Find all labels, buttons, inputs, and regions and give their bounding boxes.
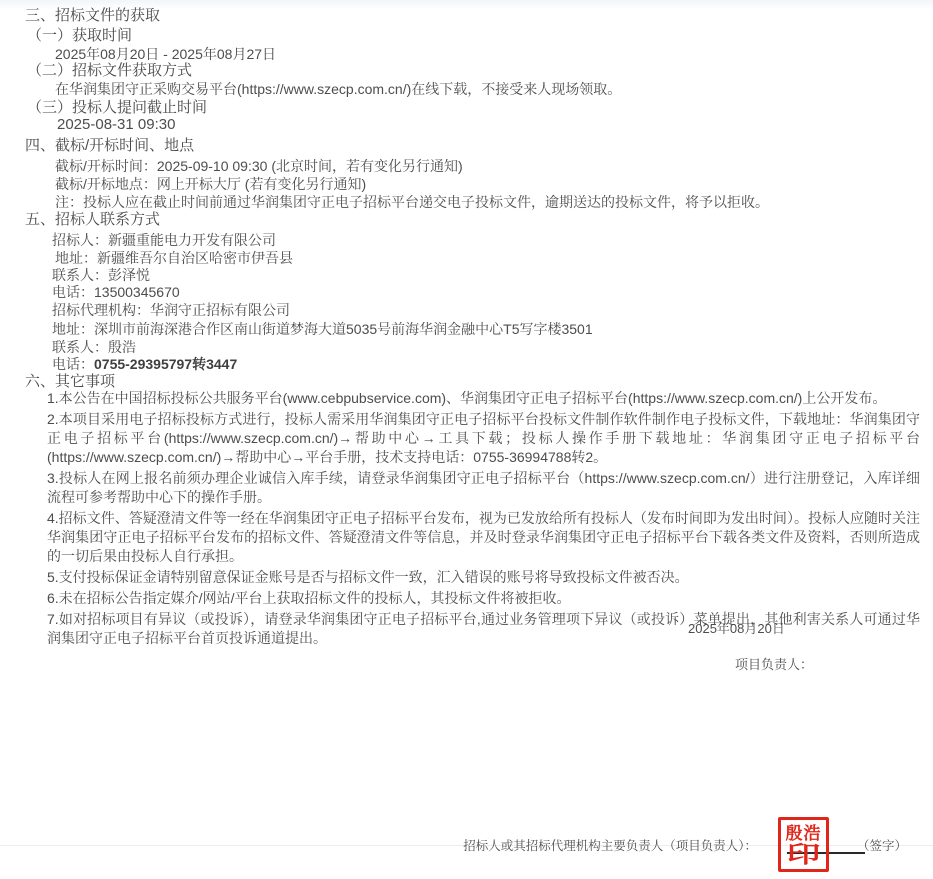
other-matters-item-4: 4.招标文件、答疑澄清文件等一经在华润集团守正电子招标平台发布，视为已发放给所有…: [47, 509, 920, 566]
section-3-item-1-label: （一）获取时间: [27, 27, 132, 45]
other-matters-paragraphs: 1.本公告在中国招标投标公共服务平台(www.cebpubservice.com…: [47, 389, 920, 650]
bid-open-time-line: 截标/开标时间：2025-09-10 09:30 (北京时间，若有变化另行通知): [55, 157, 463, 175]
bid-open-note-line: 注：投标人应在截止时间前通过华润集团守正电子招标平台递交电子投标文件，逾期送达的…: [55, 193, 769, 211]
tenderer-address-line: 地址：新疆维吾尔自治区哈密市伊吾县: [55, 249, 293, 267]
bid-open-place-line: 截标/开标地点：网上开标大厅 (若有变化另行通知): [55, 175, 366, 193]
other-matters-item-1: 1.本公告在中国招标投标公共服务平台(www.cebpubservice.com…: [47, 389, 920, 408]
section-4-heading: 四、截标/开标时间、地点: [25, 137, 194, 155]
other-matters-item-5: 5.支付投标保证金请特别留意保证金账号是否与招标文件一致，汇入错误的账号将导致投…: [47, 568, 920, 587]
section-3-item-3-label: （三）投标人提问截止时间: [27, 99, 207, 117]
agency-phone-number: 0755-29395797转3447: [94, 356, 237, 372]
other-matters-item-3: 3.投标人在网上报名前须办理企业诚信入库手续，请登录华润集团守正电子招标平台（h…: [47, 469, 920, 507]
section-5-heading: 五、招标人联系方式: [25, 211, 160, 229]
project-manager-label: 项目负责人：: [735, 657, 813, 673]
tenderer-phone-line: 电话：13500345670: [52, 283, 180, 301]
question-deadline-value: 2025-08-31 09:30: [57, 116, 175, 134]
obtain-time-value: 2025年08月20日 - 2025年08月27日: [55, 45, 276, 63]
agency-line: 招标代理机构：华润守正招标有限公司: [52, 301, 290, 319]
other-matters-item-6: 6.未在招标公告指定媒介/网站/平台上获取招标文件的投标人，其投标文件将被拒收。: [47, 589, 920, 608]
other-matters-item-2: 2.本项目采用电子招标投标方式进行，投标人需采用华润集团守正电子招标平台投标文件…: [47, 410, 920, 467]
agency-phone-label: 电话：: [52, 356, 94, 372]
obtain-method-value: 在华润集团守正采购交易平台(https://www.szecp.com.cn/)…: [55, 80, 621, 98]
seal-yin-character: 印: [787, 843, 820, 866]
tenderer-line: 招标人：新疆重能电力开发有限公司: [52, 231, 276, 249]
agency-phone-line: 电话：0755-29395797转3447: [52, 355, 237, 373]
signature-row-label: 招标人或其招标代理机构主要负责人（项目负责人）：: [0, 839, 757, 854]
signature-hint-label: （签字）: [857, 839, 907, 854]
personal-name-seal: 殷浩 印: [778, 817, 829, 872]
section-3-heading: 三、招标文件的获取: [25, 7, 160, 25]
tenderer-contact-line: 联系人：彭泽悦: [52, 266, 150, 284]
tender-announcement-page: { "colors": { "text": "#4d4d4d", "seal_r…: [0, 0, 933, 879]
section-3-item-2-label: （二）招标文件获取方式: [27, 62, 192, 80]
other-matters-item-7: 7.如对招标项目有异议（或投诉），请登录华润集团守正电子招标平台,通过业务管理项…: [47, 610, 920, 648]
agency-address-line: 地址：深圳市前海深港合作区南山街道梦海大道5035号前海华润金融中心T5写字楼3…: [52, 320, 593, 338]
agency-contact-line: 联系人：殷浩: [52, 338, 136, 356]
announcement-date: 2025年08月20日: [688, 621, 785, 637]
